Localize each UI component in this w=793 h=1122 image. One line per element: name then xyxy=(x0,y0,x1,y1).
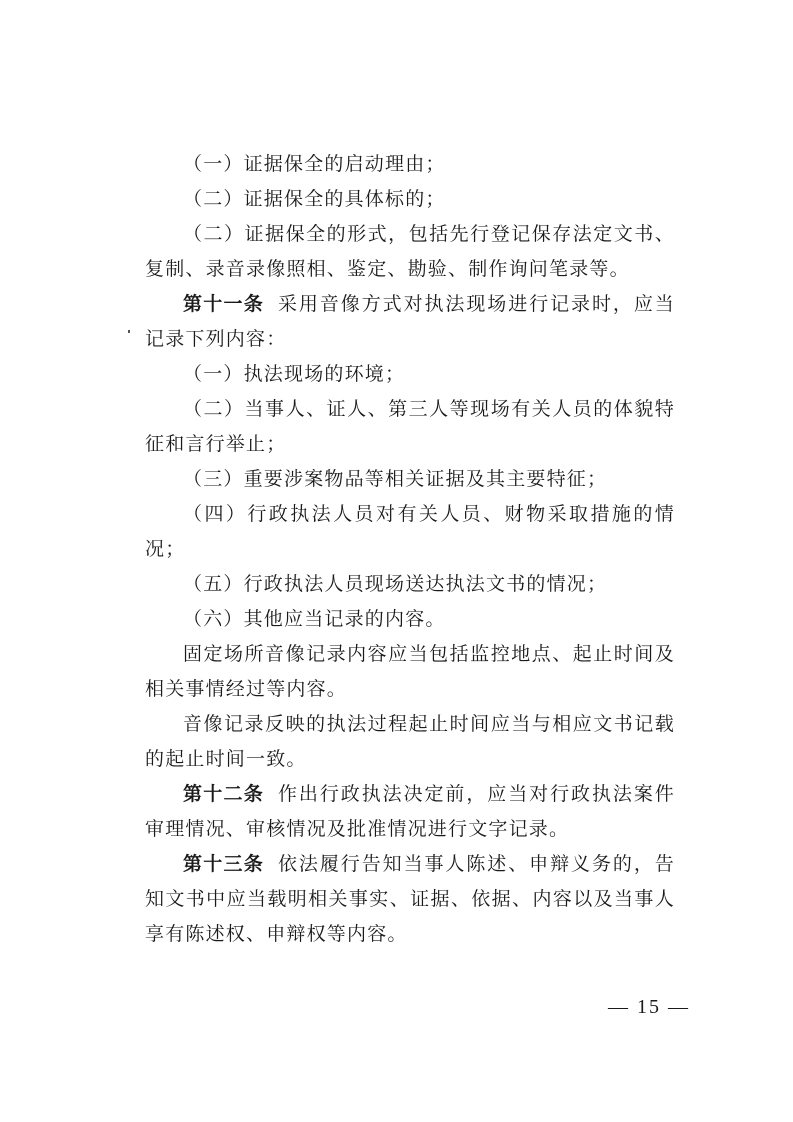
list-item: （四）行政执法人员对有关人员、财物采取措施的情况； xyxy=(145,497,675,567)
list-item: （二）当事人、证人、第三人等现场有关人员的体貌特征和言行举止； xyxy=(145,392,675,462)
body-paragraph: 固定场所音像记录内容应当包括监控地点、起止时间及相关事情经过等内容。 xyxy=(145,637,675,707)
list-item: （一）执法现场的环境； xyxy=(145,357,675,392)
document-page: （一）证据保全的启动理由； （二）证据保全的具体标的； （二）证据保全的形式，包… xyxy=(0,0,793,1122)
page-number: — 15 — xyxy=(608,996,690,1019)
document-body: （一）证据保全的启动理由； （二）证据保全的具体标的； （二）证据保全的形式，包… xyxy=(145,147,675,952)
article-heading: 第十二条 xyxy=(183,783,264,805)
list-item: （一）证据保全的启动理由； xyxy=(145,147,675,182)
scan-speck xyxy=(128,330,130,333)
list-item: （六）其他应当记录的内容。 xyxy=(145,602,675,637)
list-item: （二）证据保全的形式，包括先行登记保存法定文书、复制、录音录像照相、鉴定、勘验、… xyxy=(145,217,675,287)
article-12: 第十二条作出行政执法决定前，应当对行政执法案件审理情况、审核情况及批准情况进行文… xyxy=(145,777,675,847)
list-item: （五）行政执法人员现场送达执法文书的情况； xyxy=(145,567,675,602)
article-heading: 第十三条 xyxy=(183,853,264,875)
list-item: （三）重要涉案物品等相关证据及其主要特征； xyxy=(145,462,675,497)
list-item: （二）证据保全的具体标的； xyxy=(145,182,675,217)
body-paragraph: 音像记录反映的执法过程起止时间应当与相应文书记载的起止时间一致。 xyxy=(145,707,675,777)
article-13: 第十三条依法履行告知当事人陈述、申辩义务的，告知文书中应当载明相关事实、证据、依… xyxy=(145,847,675,952)
article-heading: 第十一条 xyxy=(183,293,264,315)
article-11: 第十一条采用音像方式对执法现场进行记录时，应当记录下列内容： xyxy=(145,287,675,357)
